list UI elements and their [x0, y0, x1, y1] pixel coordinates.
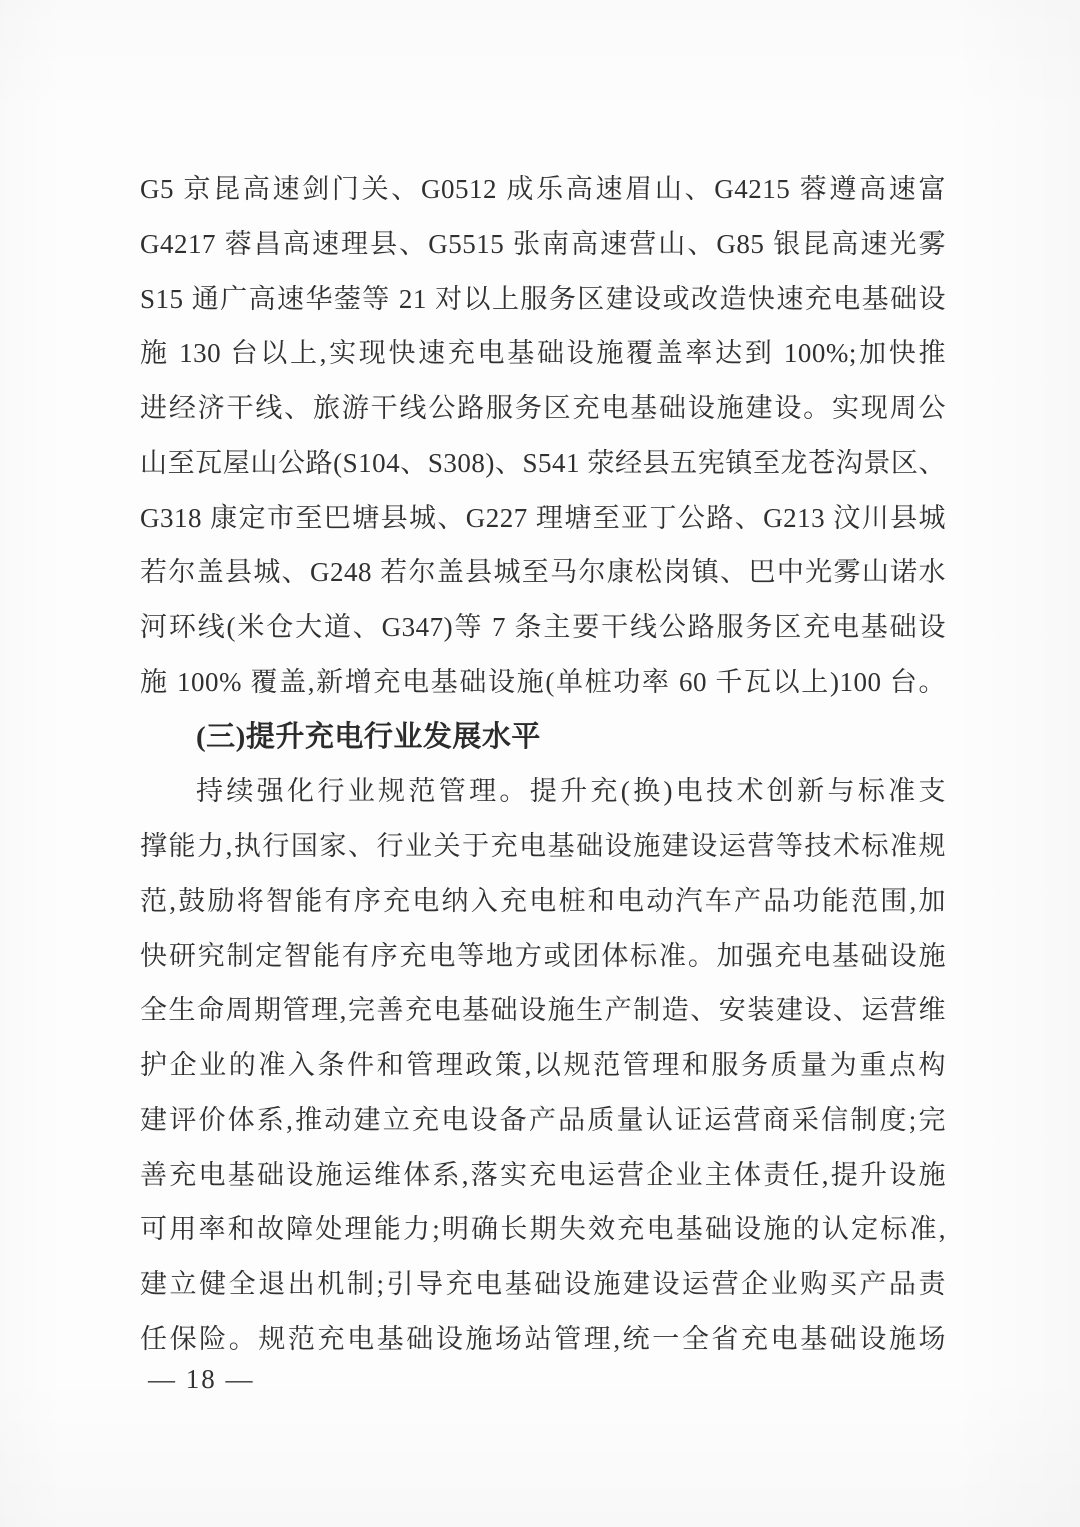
document-page: G5 京昆高速剑门关、G0512 成乐高速眉山、G4215 蓉遵高速富顺、 G4…	[0, 0, 1080, 1527]
text-line: 山至瓦屋山公路(S104、S308)、S541 荥经县五宪镇至龙苍沟景区、	[140, 436, 946, 491]
text-line: 持续强化行业规范管理。提升充(换)电技术创新与标准支	[140, 764, 946, 819]
text-line: 进经济干线、旅游干线公路服务区充电基础设施建设。实现周公	[140, 381, 946, 436]
text-line: 河环线(米仓大道、G347)等 7 条主要干线公路服务区充电基础设	[140, 600, 946, 655]
text-line: 建评价体系,推动建立充电设备产品质量认证运营商采信制度;完	[140, 1093, 946, 1148]
section-heading: (三)提升充电行业发展水平	[140, 710, 946, 765]
text-line: G318 康定市至巴塘县城、G227 理塘至亚丁公路、G213 汶川县城至	[140, 491, 946, 546]
text-line: G4217 蓉昌高速理县、G5515 张南高速营山、G85 银昆高速光雾山、	[140, 217, 946, 272]
text-line: S15 通广高速华蓥等 21 对以上服务区建设或改造快速充电基础设	[140, 272, 946, 327]
text-line: 善充电基础设施运维体系,落实充电运营企业主体责任,提升设施	[140, 1148, 946, 1203]
text-line: 范,鼓励将智能有序充电纳入充电桩和电动汽车产品功能范围,加	[140, 874, 946, 929]
text-line: 施 130 台以上,实现快速充电基础设施覆盖率达到 100%;加快推	[140, 326, 946, 381]
text-line: G5 京昆高速剑门关、G0512 成乐高速眉山、G4215 蓉遵高速富顺、	[140, 162, 946, 217]
text-line: 可用率和故障处理能力;明确长期失效充电基础设施的认定标准,	[140, 1202, 946, 1257]
text-line: 施 100% 覆盖,新增充电基础设施(单桩功率 60 千瓦以上)100 台。	[140, 655, 946, 710]
text-line: 任保险。规范充电基础设施场站管理,统一全省充电基础设施场	[140, 1312, 946, 1367]
document-text-block: G5 京昆高速剑门关、G0512 成乐高速眉山、G4215 蓉遵高速富顺、 G4…	[140, 162, 946, 1367]
page-number: — 18 —	[148, 1361, 255, 1397]
text-line: 建立健全退出机制;引导充电基础设施建设运营企业购买产品责	[140, 1257, 946, 1312]
text-line: 撑能力,执行国家、行业关于充电基础设施建设运营等技术标准规	[140, 819, 946, 874]
text-line: 快研究制定智能有序充电等地方或团体标准。加强充电基础设施	[140, 929, 946, 984]
text-line: 护企业的准入条件和管理政策,以规范管理和服务质量为重点构	[140, 1038, 946, 1093]
text-line: 若尔盖县城、G248 若尔盖县城至马尔康松岗镇、巴中光雾山诺水	[140, 545, 946, 600]
text-line: 全生命周期管理,完善充电基础设施生产制造、安装建设、运营维	[140, 983, 946, 1038]
